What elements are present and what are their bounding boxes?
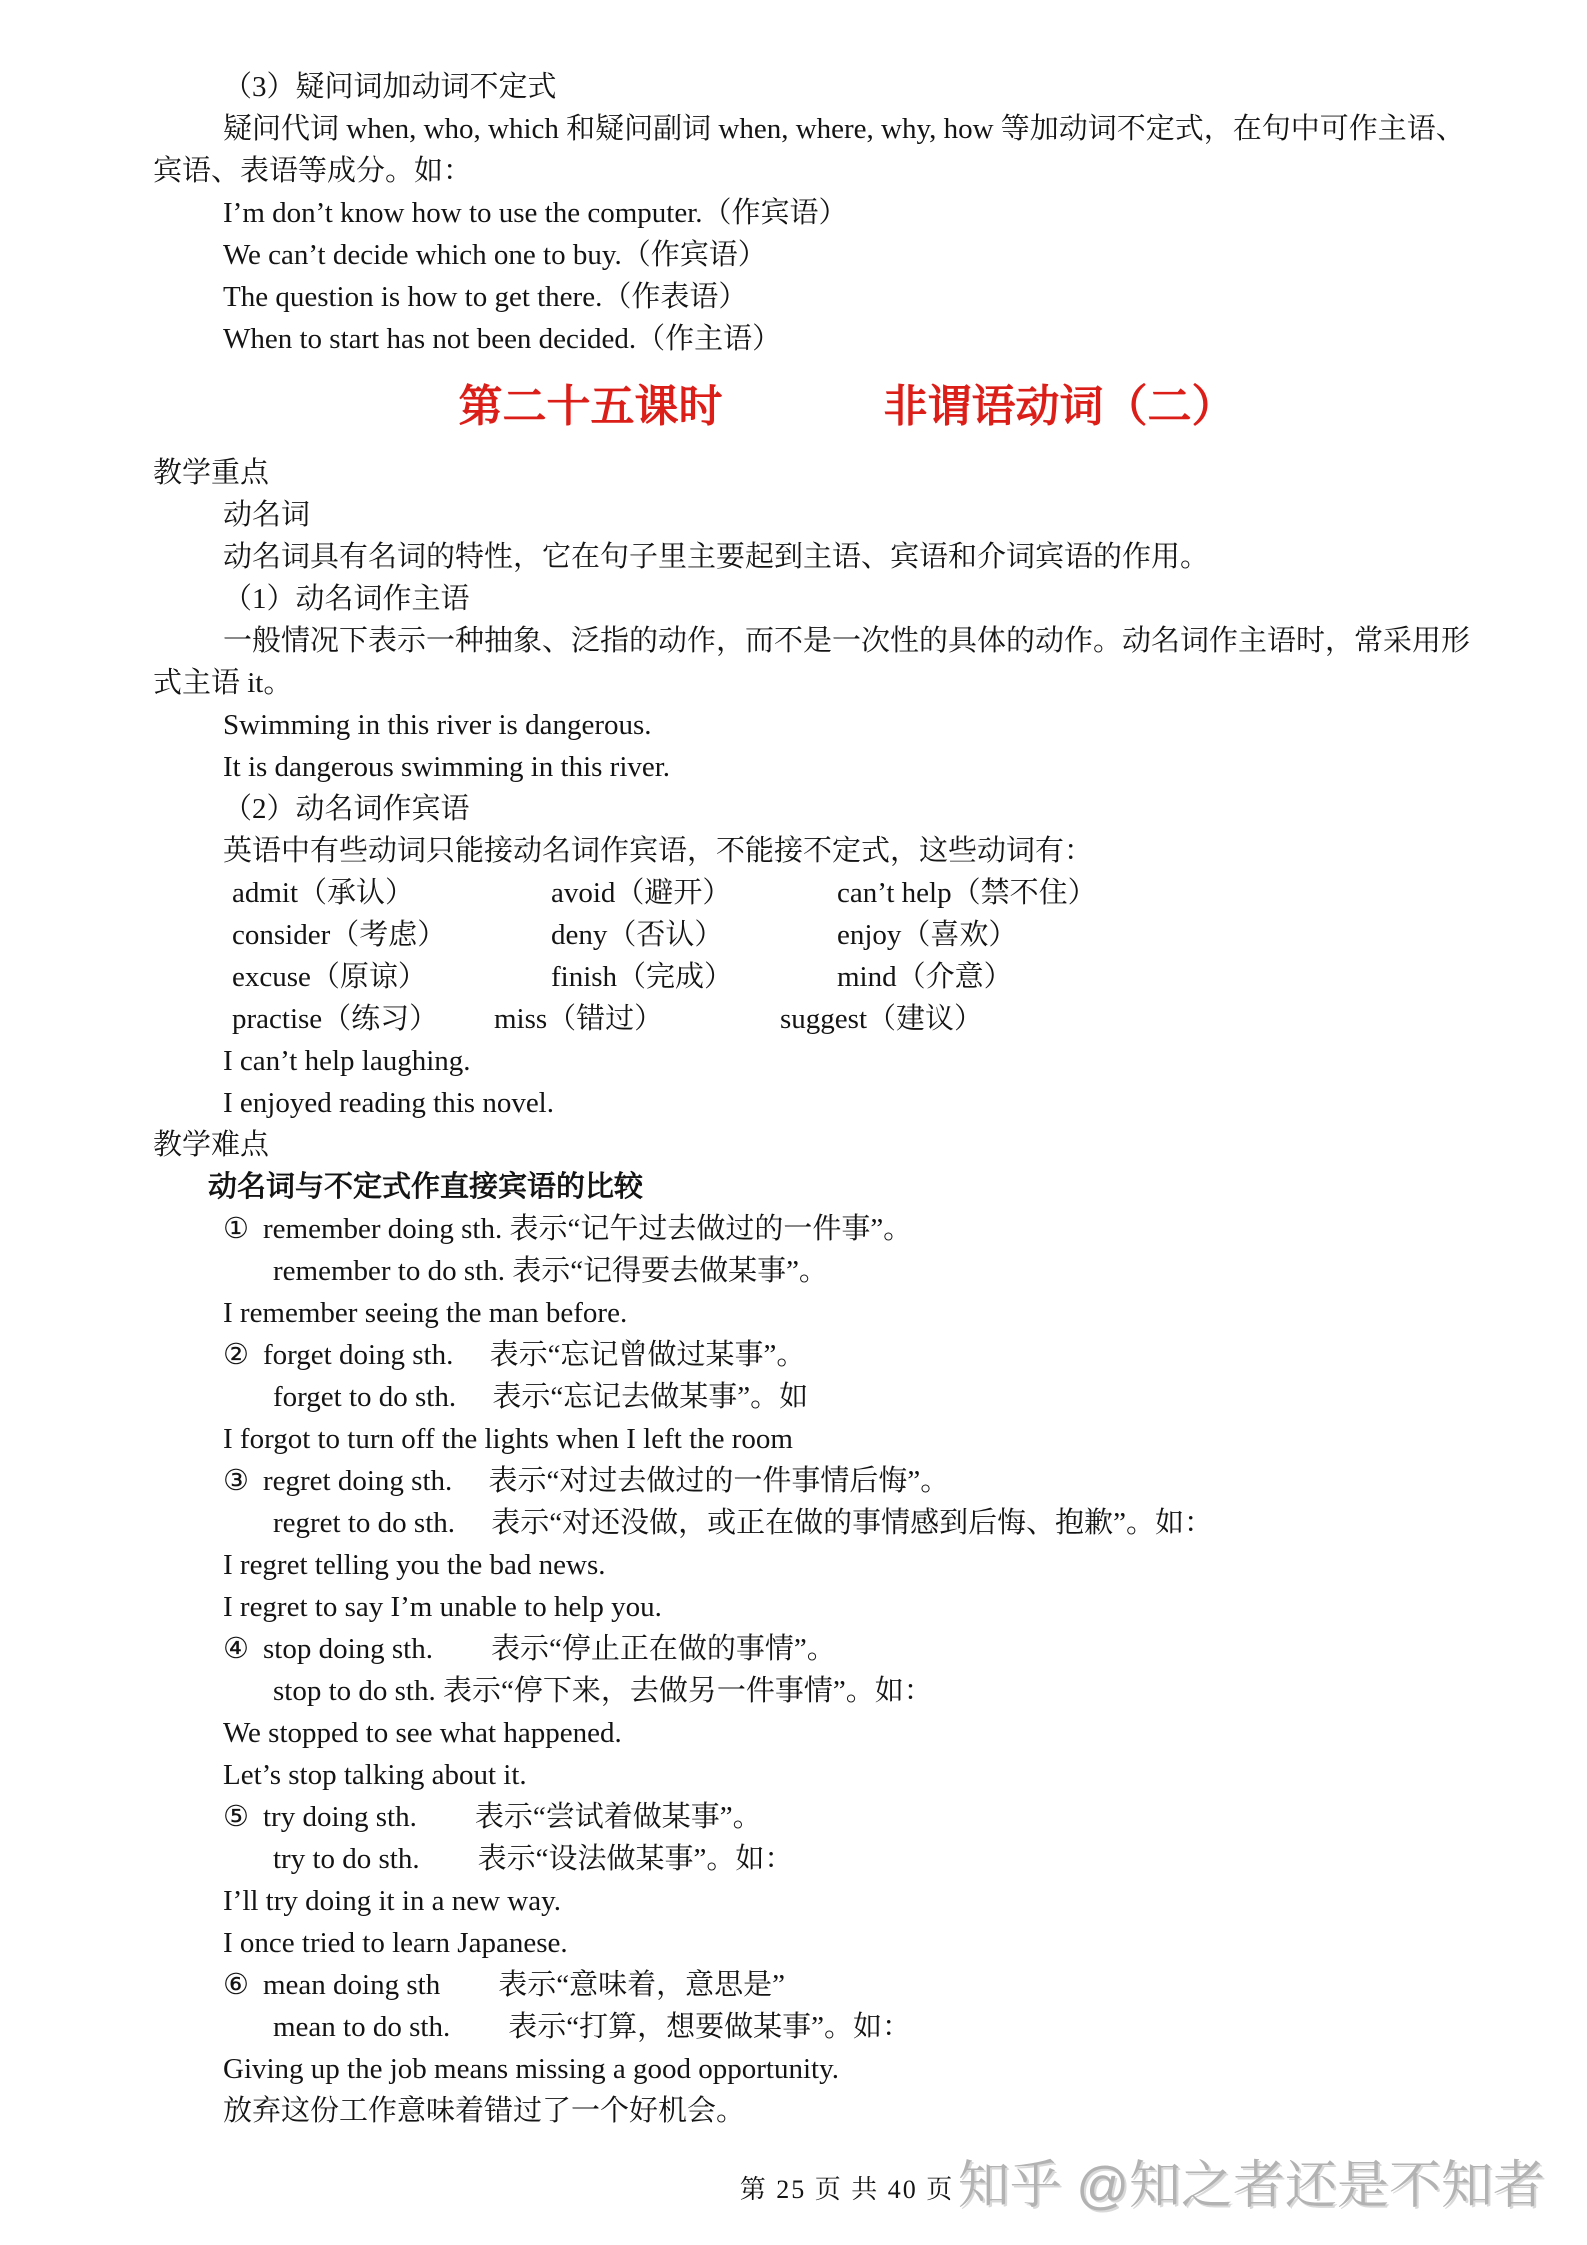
verb-entry: consider（考虑）: [232, 914, 551, 956]
example-sentence: I remember seeing the man before.: [153, 1292, 1541, 1334]
verb-list-row: excuse（原谅）finish（完成）mind（介意）: [153, 956, 1541, 998]
comparison-subheading: 动名词与不定式作直接宾语的比较: [153, 1166, 1541, 1208]
verb-entry: deny（否认）: [551, 914, 837, 956]
grammar-rule: stop to do sth. 表示“停下来，去做另一件事情”。如：: [153, 1670, 1541, 1712]
verb-list-row: consider（考虑）deny（否认）enjoy（喜欢）: [153, 914, 1541, 956]
grammar-rule: forget doing sth. 表示“忘记曾做过某事”。: [263, 1339, 805, 1371]
grammar-rule: regret to do sth. 表示“对还没做，或正在做的事情感到后悔、抱歉…: [153, 1502, 1541, 1544]
grammar-item: ④stop doing sth. 表示“停止正在做的事情”。: [153, 1628, 1541, 1670]
grammar-rule: remember doing sth. 表示“记午过去做过的一件事”。: [263, 1213, 912, 1245]
grammar-rule: forget to do sth. 表示“忘记去做某事”。如: [153, 1376, 1541, 1418]
paragraph-line: 疑问代词 when, who, which 和疑问副词 when, where,…: [153, 108, 1541, 150]
item-number: ⑤: [223, 1796, 249, 1838]
lesson-title: 第二十五课时 非谓语动词（二）: [153, 372, 1541, 442]
grammar-rule: try doing sth. 表示“尝试着做某事”。: [263, 1801, 762, 1833]
grammar-item: ①remember doing sth. 表示“记午过去做过的一件事”。: [153, 1208, 1541, 1250]
verb-entry: excuse（原谅）: [232, 956, 551, 998]
example-sentence: Giving up the job means missing a good o…: [153, 2048, 1541, 2090]
verb-entry: can’t help（禁不住）: [837, 877, 1097, 909]
example-sentence: I’ll try doing it in a new way.: [153, 1880, 1541, 1922]
paragraph-line: 英语中有些动词只能接动名词作宾语，不能接不定式，这些动词有：: [153, 830, 1541, 872]
verb-entry: enjoy（喜欢）: [837, 919, 1017, 951]
verb-entry: admit（承认）: [232, 872, 551, 914]
paragraph-line: 宾语、表语等成分。如：: [153, 150, 1541, 192]
difficult-points-heading: 教学难点: [153, 1124, 1541, 1166]
example-sentence: We can’t decide which one to buy.（作宾语）: [153, 234, 1541, 276]
example-sentence: Swimming in this river is dangerous.: [153, 704, 1541, 746]
key-points-heading: 教学重点: [153, 452, 1541, 494]
item-number: ⑥: [223, 1964, 249, 2006]
grammar-item: ③regret doing sth. 表示“对过去做过的一件事情后悔”。: [153, 1460, 1541, 1502]
grammar-rule: remember to do sth. 表示“记得要去做某事”。: [153, 1250, 1541, 1292]
paragraph-line: 动名词具有名词的特性，它在句子里主要起到主语、宾语和介词宾语的作用。: [153, 536, 1541, 578]
example-sentence: Let’s stop talking about it.: [153, 1754, 1541, 1796]
section-heading-3: （3）疑问词加动词不定式: [153, 66, 1541, 108]
example-sentence: I regret to say I’m unable to help you.: [153, 1586, 1541, 1628]
example-sentence: I once tried to learn Japanese.: [153, 1922, 1541, 1964]
item-number: ②: [223, 1334, 249, 1376]
grammar-rule: regret doing sth. 表示“对过去做过的一件事情后悔”。: [263, 1465, 949, 1497]
example-sentence: I regret telling you the bad news.: [153, 1544, 1541, 1586]
watermark: 知乎 @知之者还是不知者: [958, 2158, 1545, 2214]
example-sentence: I can’t help laughing.: [153, 1040, 1541, 1082]
paragraph-line: 一般情况下表示一种抽象、泛指的动作，而不是一次性的具体的动作。动名词作主语时，常…: [153, 620, 1541, 662]
example-sentence: The question is how to get there.（作表语）: [153, 276, 1541, 318]
example-sentence: It is dangerous swimming in this river.: [153, 746, 1541, 788]
grammar-item: ⑤try doing sth. 表示“尝试着做某事”。: [153, 1796, 1541, 1838]
item-number: ③: [223, 1460, 249, 1502]
example-translation: 放弃这份工作意味着错过了一个好机会。: [153, 2090, 1541, 2132]
grammar-item: ⑥mean doing sth 表示“意味着，意思是”: [153, 1964, 1541, 2006]
item-number: ①: [223, 1208, 249, 1250]
example-sentence: When to start has not been decided.（作主语）: [153, 318, 1541, 360]
lesson-subject: 非谓语动词（二）: [884, 382, 1236, 431]
grammar-rule: stop doing sth. 表示“停止正在做的事情”。: [263, 1633, 836, 1665]
verb-entry: practise（练习）: [232, 998, 494, 1040]
verb-list-row: admit（承认）avoid（避开）can’t help（禁不住）: [153, 872, 1541, 914]
verb-entry: suggest（建议）: [780, 1003, 983, 1035]
example-sentence: I enjoyed reading this novel.: [153, 1082, 1541, 1124]
subsection-heading-2: （2）动名词作宾语: [153, 788, 1541, 830]
lesson-number: 第二十五课时: [459, 382, 723, 431]
example-sentence: I’m don’t know how to use the computer.（…: [153, 192, 1541, 234]
grammar-rule: mean doing sth 表示“意味着，意思是”: [263, 1969, 785, 2001]
verb-entry: avoid（避开）: [551, 872, 837, 914]
verb-entry: miss（错过）: [494, 998, 780, 1040]
document-page: （3）疑问词加动词不定式 疑问代词 when, who, which 和疑问副词…: [0, 0, 1587, 2210]
paragraph-line: 式主语 it。: [153, 662, 1541, 704]
example-sentence: I forgot to turn off the lights when I l…: [153, 1418, 1541, 1460]
example-sentence: We stopped to see what happened.: [153, 1712, 1541, 1754]
verb-list-row: practise（练习）miss（错过）suggest（建议）: [153, 998, 1541, 1040]
grammar-rule: try to do sth. 表示“设法做某事”。如：: [153, 1838, 1541, 1880]
item-number: ④: [223, 1628, 249, 1670]
grammar-rule: mean to do sth. 表示“打算，想要做某事”。如：: [153, 2006, 1541, 2048]
grammar-item: ②forget doing sth. 表示“忘记曾做过某事”。: [153, 1334, 1541, 1376]
subsection-heading-1: （1）动名词作主语: [153, 578, 1541, 620]
topic-label: 动名词: [153, 494, 1541, 536]
verb-entry: mind（介意）: [837, 961, 1013, 993]
verb-entry: finish（完成）: [551, 956, 837, 998]
